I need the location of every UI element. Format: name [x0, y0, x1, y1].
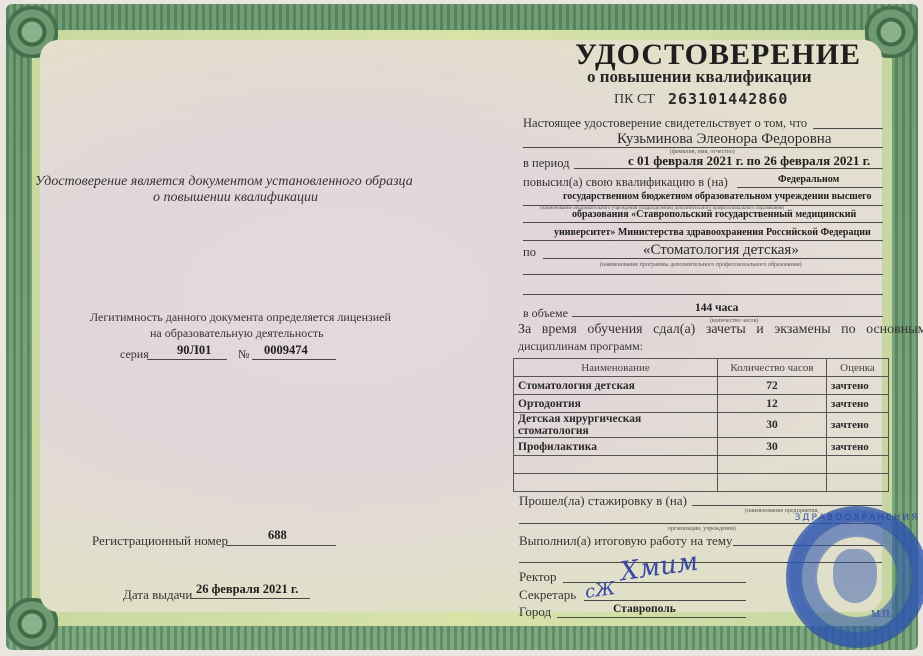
- document-subtitle: о повышении квалификации: [587, 67, 812, 87]
- secretary-signature: сЖ: [584, 578, 617, 603]
- program-value: «Стоматология детская»: [643, 242, 799, 259]
- column-header-name: Наименование: [514, 359, 718, 377]
- discipline-grade: зачтено: [827, 377, 889, 395]
- discipline-grade: зачтено: [827, 438, 889, 456]
- raised-qualification-label: повысил(а) свою квалификацию в (на): [523, 175, 728, 190]
- institution-line2: государственном бюджетном образовательно…: [563, 191, 871, 202]
- series-label: серия: [120, 347, 149, 362]
- discipline-hours: 12: [718, 395, 827, 413]
- coat-of-arms-emblem: [833, 549, 877, 603]
- registration-number-label: Регистрационный номер: [92, 533, 228, 549]
- table-row-empty: [514, 474, 889, 492]
- table-row: Детская хирургическая стоматология 30 за…: [514, 413, 889, 438]
- certifies-label: Настоящее удостоверение свидетельствует …: [523, 116, 807, 131]
- table-row: Стоматология детская 72 зачтено: [514, 377, 889, 395]
- period-label: в период: [523, 156, 569, 171]
- stamp-mark: М.П.: [871, 609, 892, 620]
- issue-date-label: Дата выдачи: [123, 587, 192, 603]
- registration-number-value: 688: [268, 528, 287, 543]
- secretary-label: Секретарь: [519, 587, 576, 603]
- series-value: 90Л01: [177, 343, 211, 358]
- program-hint: (наименование программы дополнительного …: [600, 262, 802, 268]
- full-name: Кузьминова Элеонора Федоровна: [617, 131, 831, 148]
- column-header-hours: Количество часов: [718, 359, 827, 377]
- discipline-hours: 72: [718, 377, 827, 395]
- institution-line3: образования «Ставропольский государствен…: [572, 209, 856, 220]
- volume-label: в объеме: [523, 306, 568, 321]
- license-text-line2: на образовательную деятельность: [150, 326, 324, 341]
- discipline-grade: зачтено: [827, 413, 889, 438]
- discipline-name: Профилактика: [514, 438, 718, 456]
- rector-label: Ректор: [519, 569, 556, 585]
- discipline-hours: 30: [718, 413, 827, 438]
- number-label: №: [238, 347, 249, 362]
- city-label: Город: [519, 604, 551, 620]
- volume-value: 144 часа: [695, 302, 738, 314]
- program-label: по: [523, 245, 536, 260]
- document-number: 263101442860: [668, 90, 788, 108]
- city-value: Ставрополь: [613, 603, 676, 615]
- license-text-line1: Легитимность данного документа определяе…: [90, 310, 391, 325]
- discipline-name: Ортодонтия: [514, 395, 718, 413]
- discipline-grade: зачтено: [827, 395, 889, 413]
- institution-line1: Федеральном: [778, 174, 839, 185]
- discipline-hours: 30: [718, 438, 827, 456]
- issue-date-value: 26 февраля 2021 г.: [196, 582, 298, 597]
- stamp-text: ЗДРАВООХРАНЕНИЯ: [789, 513, 923, 523]
- official-stamp: ЗДРАВООХРАНЕНИЯ М.П.: [786, 506, 923, 648]
- internship-hint-2: организации, учреждения): [668, 526, 736, 532]
- exams-text-line1: За время обучения сдал(а) зачеты и экзам…: [518, 322, 923, 338]
- table-row-empty: [514, 456, 889, 474]
- document-number-prefix: ПК СТ: [614, 92, 655, 108]
- table-row: Ортодонтия 12 зачтено: [514, 395, 889, 413]
- institution-line4: университет» Министерства здравоохранени…: [554, 227, 871, 238]
- discipline-name: Стоматология детская: [514, 377, 718, 395]
- internship-label: Прошел(ла) стажировку в (на): [519, 493, 687, 509]
- period-value: с 01 февраля 2021 г. по 26 февраля 2021 …: [628, 153, 870, 169]
- intro-text-line1: Удостоверение является документом устано…: [35, 174, 413, 190]
- intro-text-line2: о повышении квалификации: [153, 190, 318, 206]
- discipline-name: Детская хирургическая стоматология: [514, 413, 718, 438]
- license-number-value: 0009474: [264, 343, 308, 358]
- exams-text-line2: дисциплинам программ:: [518, 339, 643, 354]
- final-work-label: Выполнил(а) итоговую работу на тему: [519, 533, 733, 549]
- table-row: Профилактика 30 зачтено: [514, 438, 889, 456]
- table-header-row: Наименование Количество часов Оценка: [514, 359, 889, 377]
- column-header-grade: Оценка: [827, 359, 889, 377]
- disciplines-table: Наименование Количество часов Оценка Сто…: [513, 358, 889, 492]
